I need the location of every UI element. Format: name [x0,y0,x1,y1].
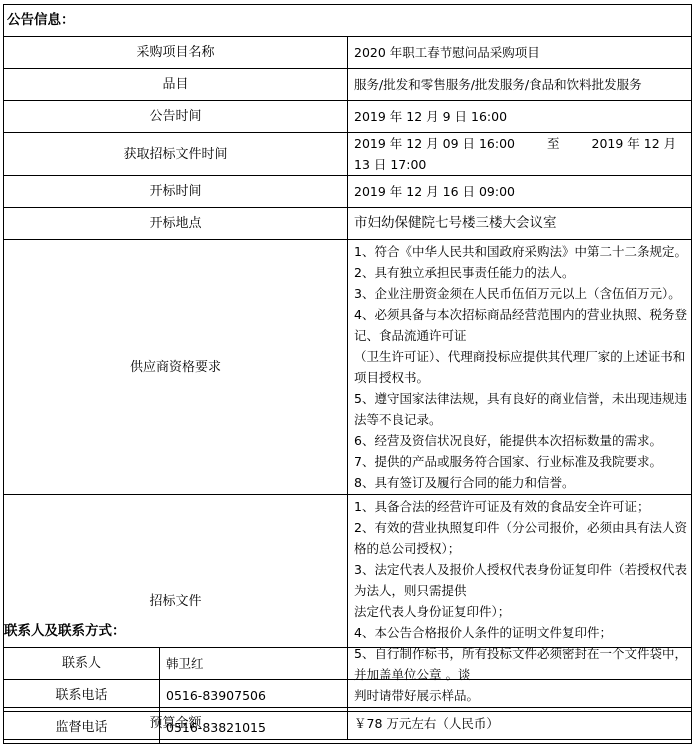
project-name-label: 采购项目名称 [4,37,348,69]
contact-table: 联系人 韩卫红 联系电话 0516-83907506 监督电话 0516-838… [3,647,692,744]
table-row: 开标时间 2019 年 12 月 16 日 09:00 [4,176,692,208]
doc-acquire-start: 2019 年 12 月 09 日 16:00 [354,136,515,151]
bid-open-time-value: 2019 年 12 月 16 日 09:00 [348,176,692,208]
contact-person-value: 韩卫红 [160,648,692,680]
bid-open-location-label: 开标地点 [4,208,348,240]
table-row: 采购项目名称 2020 年职工春节慰问品采购项目 [4,37,692,69]
requirement-item: （卫生许可证）、代理商投标应提供其代理厂家的上述证书和项目授权书。 [354,346,687,388]
supplier-requirements-value: 1、符合《中华人民共和国政府采购法》中第二十二条规定。 2、具有独立承担民事责任… [348,240,692,495]
requirement-item: 3、企业注册资金须在人民币伍佰万元以上（含伍佰万元）。 [354,283,687,304]
contact-phone-value: 0516-83907506 [160,680,692,712]
bid-open-time-label: 开标时间 [4,176,348,208]
document-item: 1、具备合法的经营许可证及有效的食品安全许可证； [354,496,687,517]
table-row: 联系电话 0516-83907506 [4,680,692,712]
supervision-phone-value: 0516-83821015 [160,712,692,744]
doc-acquire-separator: 至 [547,136,560,151]
category-value: 服务/批发和零售服务/批发服务/食品和饮料批发服务 [348,69,692,101]
table-row: 监督电话 0516-83821015 [4,712,692,744]
doc-acquire-time-label: 获取招标文件时间 [4,133,348,176]
contact-phone-label: 联系电话 [4,680,160,712]
table-row: 联系人 韩卫红 [4,648,692,680]
requirement-item: 4、必须具备与本次招标商品经营范围内的营业执照、税务登记、食品流通许可证 [354,304,687,346]
table-row: 开标地点 市妇幼保健院七号楼三楼大会议室 [4,208,692,240]
requirement-item: 2、具有独立承担民事责任能力的法人。 [354,262,687,283]
requirement-item: 1、符合《中华人民共和国政府采购法》中第二十二条规定。 [354,241,687,262]
requirement-item: 5、遵守国家法律法规，具有良好的商业信誉，未出现违规违法等不良记录。 [354,388,687,430]
doc-acquire-time-value: 2019 年 12 月 09 日 16:00至2019 年 12 月 13 日 … [348,133,692,176]
requirement-item: 8、具有签订及履行合同的能力和信誉。 [354,472,687,493]
announcement-heading: 公告信息： [4,5,692,37]
supplier-requirements-label: 供应商资格要求 [4,240,348,495]
table-row: 品目 服务/批发和零售服务/批发服务/食品和饮料批发服务 [4,69,692,101]
supervision-phone-label: 监督电话 [4,712,160,744]
project-name-value: 2020 年职工春节慰问品采购项目 [348,37,692,69]
requirement-item: 7、提供的产品或服务符合国家、行业标准及我院要求。 [354,451,687,472]
table-row: 公告时间 2019 年 12 月 9 日 16:00 [4,101,692,133]
announce-time-value: 2019 年 12 月 9 日 16:00 [348,101,692,133]
category-label: 品目 [4,69,348,101]
table-row: 获取招标文件时间 2019 年 12 月 09 日 16:00至2019 年 1… [4,133,692,176]
document-item: 3、法定代表人及报价人授权代表身份证复印件（若授权代表为法人，则只需提供 [354,559,687,601]
contact-heading: 联系人及联系方式： [4,620,126,642]
document-item: 法定代表人身份证复印件）； [354,601,687,622]
document-item: 4、本公告合格报价人条件的证明文件复印件； [354,622,687,643]
table-row: 供应商资格要求 1、符合《中华人民共和国政府采购法》中第二十二条规定。 2、具有… [4,240,692,495]
bid-open-location-value: 市妇幼保健院七号楼三楼大会议室 [348,208,692,240]
contact-person-label: 联系人 [4,648,160,680]
requirement-item: 6、经营及资信状况良好，能提供本次招标数量的需求。 [354,430,687,451]
announce-time-label: 公告时间 [4,101,348,133]
document-item: 2、有效的营业执照复印件（分公司报价，必须由具有法人资格的总公司授权）； [354,517,687,559]
